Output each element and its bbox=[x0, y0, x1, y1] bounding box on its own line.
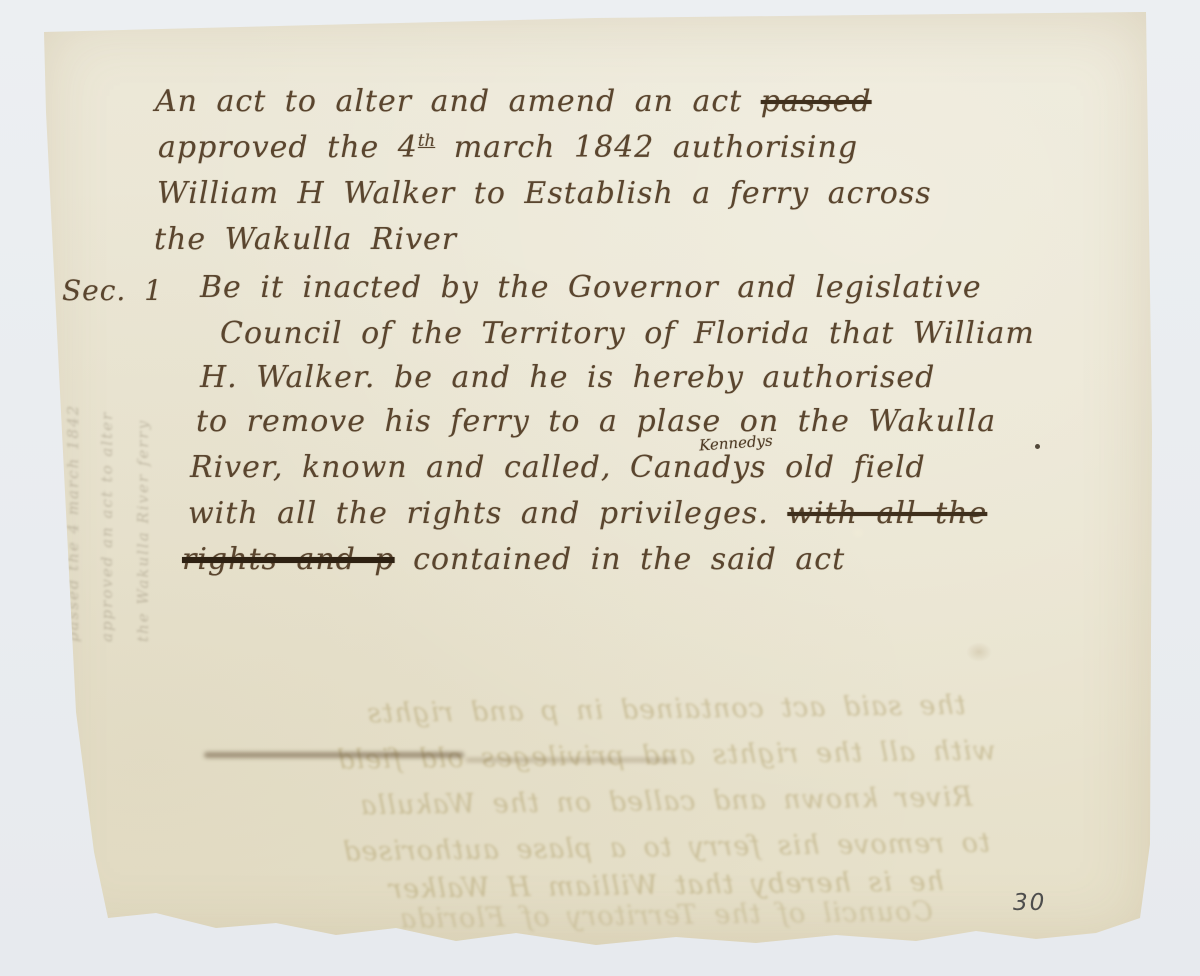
paper-stain bbox=[966, 642, 992, 662]
body-line: Council of the Territory of Florida that… bbox=[220, 316, 1035, 351]
title-text: William H Walker to Establish a ferry ac… bbox=[157, 176, 932, 211]
body-text: H. Walker. be and he is hereby authorise… bbox=[200, 360, 935, 395]
ink-smudge bbox=[466, 758, 676, 762]
page-number: 30 bbox=[1013, 890, 1046, 916]
body-line: with all the rights and privileges. with… bbox=[188, 496, 987, 531]
scan-background: passed the 4 march 1842 approved an act … bbox=[0, 0, 1200, 976]
struck-text: passed bbox=[761, 84, 872, 119]
body-line: Be it inacted by the Governor and legisl… bbox=[200, 270, 982, 305]
body-text: with all the rights and privileges. bbox=[188, 496, 787, 531]
body-line: to remove his ferry to a plase on the Wa… bbox=[196, 404, 996, 439]
bleedthrough-line: the said act contained in p and rights bbox=[206, 688, 1126, 732]
body-line: River, known and called, CanadysKennedys… bbox=[190, 450, 926, 485]
title-text: the Wakulla River bbox=[154, 222, 457, 257]
body-text: to remove his ferry to a plase on the Wa… bbox=[196, 404, 996, 439]
body-text: River, known and called, Canadys bbox=[190, 450, 767, 485]
margin-bleedthrough-line: approved an act to alter bbox=[98, 322, 116, 642]
bleedthrough-line: River known and called on the Wakulla bbox=[186, 779, 1146, 823]
ordinal-superscript: th bbox=[418, 131, 435, 150]
title-line: An act to alter and amend an act passed bbox=[155, 84, 872, 119]
body-line: H. Walker. be and he is hereby authorise… bbox=[200, 360, 935, 395]
body-line: rights and p contained in the said act bbox=[182, 542, 845, 577]
document-page: passed the 4 march 1842 approved an act … bbox=[36, 12, 1154, 946]
title-line: the Wakulla River bbox=[154, 222, 457, 257]
title-text: march 1842 authorising bbox=[435, 130, 858, 165]
paper-stain bbox=[851, 527, 865, 539]
body-text: River, known and called, CanadysKennedys bbox=[190, 450, 767, 485]
ink-smudge bbox=[204, 752, 464, 758]
title-text: approved the 4 bbox=[158, 130, 418, 165]
ink-blot bbox=[1035, 444, 1040, 449]
section-label: Sec. 1 bbox=[62, 274, 163, 307]
title-text: An act to alter and amend an act bbox=[155, 84, 761, 119]
body-text: Council of the Territory of Florida that… bbox=[220, 316, 1035, 351]
body-text: old field bbox=[767, 450, 926, 485]
struck-text: rights and p bbox=[182, 542, 395, 577]
margin-bleedthrough-line: passed the 4 march 1842 bbox=[64, 312, 82, 642]
struck-text: with all the bbox=[787, 496, 987, 531]
title-line: approved the 4th march 1842 authorising bbox=[158, 130, 858, 165]
title-line: William H Walker to Establish a ferry ac… bbox=[157, 176, 932, 211]
margin-bleedthrough-line: the Wakulla River ferry bbox=[134, 317, 152, 642]
body-text: contained in the said act bbox=[395, 542, 846, 577]
bleedthrough-line: to remove his ferry to a plase authorise… bbox=[186, 825, 1146, 869]
body-text: Be it inacted by the Governor and legisl… bbox=[200, 270, 982, 305]
